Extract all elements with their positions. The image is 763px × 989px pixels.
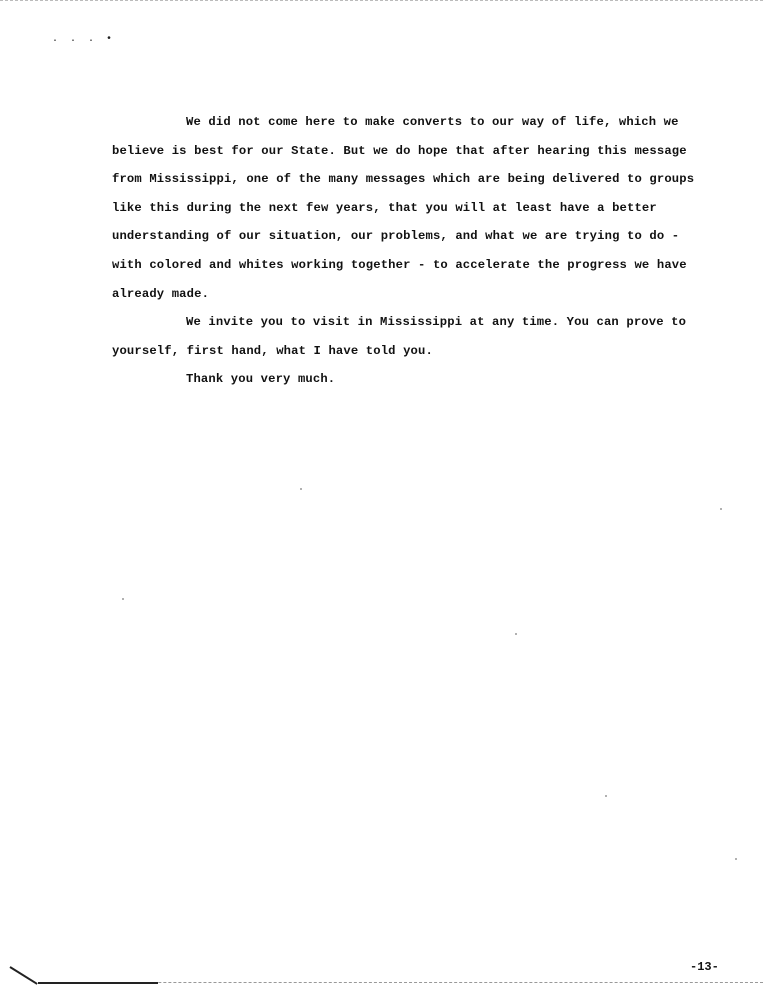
text-line: already made. <box>112 280 702 309</box>
corner-marks: . . . • <box>52 34 115 45</box>
bottom-edge-solid <box>38 982 158 984</box>
text-line: understanding of our situation, our prob… <box>112 222 702 251</box>
text-line: yourself, first hand, what I have told y… <box>112 337 702 366</box>
text-line: like this during the next few years, tha… <box>112 194 702 223</box>
page-number: -13- <box>690 960 719 974</box>
text-line: Thank you very much. <box>112 365 702 394</box>
text-line: We did not come here to make converts to… <box>112 108 702 137</box>
paragraph-2: We invite you to visit in Mississippi at… <box>112 308 702 365</box>
document-body: We did not come here to make converts to… <box>112 108 702 394</box>
scan-speck <box>300 488 302 490</box>
text-line: from Mississippi, one of the many messag… <box>112 165 702 194</box>
scan-speck <box>735 858 737 860</box>
scan-speck <box>122 598 124 600</box>
scan-speck <box>605 795 607 797</box>
page-top-border <box>0 0 763 1</box>
page-corner-curl <box>9 966 37 985</box>
paragraph-3: Thank you very much. <box>112 365 702 394</box>
scan-speck <box>720 508 722 510</box>
text-line: with colored and whites working together… <box>112 251 702 280</box>
text-line: We invite you to visit in Mississippi at… <box>112 308 702 337</box>
text-line: believe is best for our State. But we do… <box>112 137 702 166</box>
paragraph-1: We did not come here to make converts to… <box>112 108 702 308</box>
scan-speck <box>515 633 517 635</box>
